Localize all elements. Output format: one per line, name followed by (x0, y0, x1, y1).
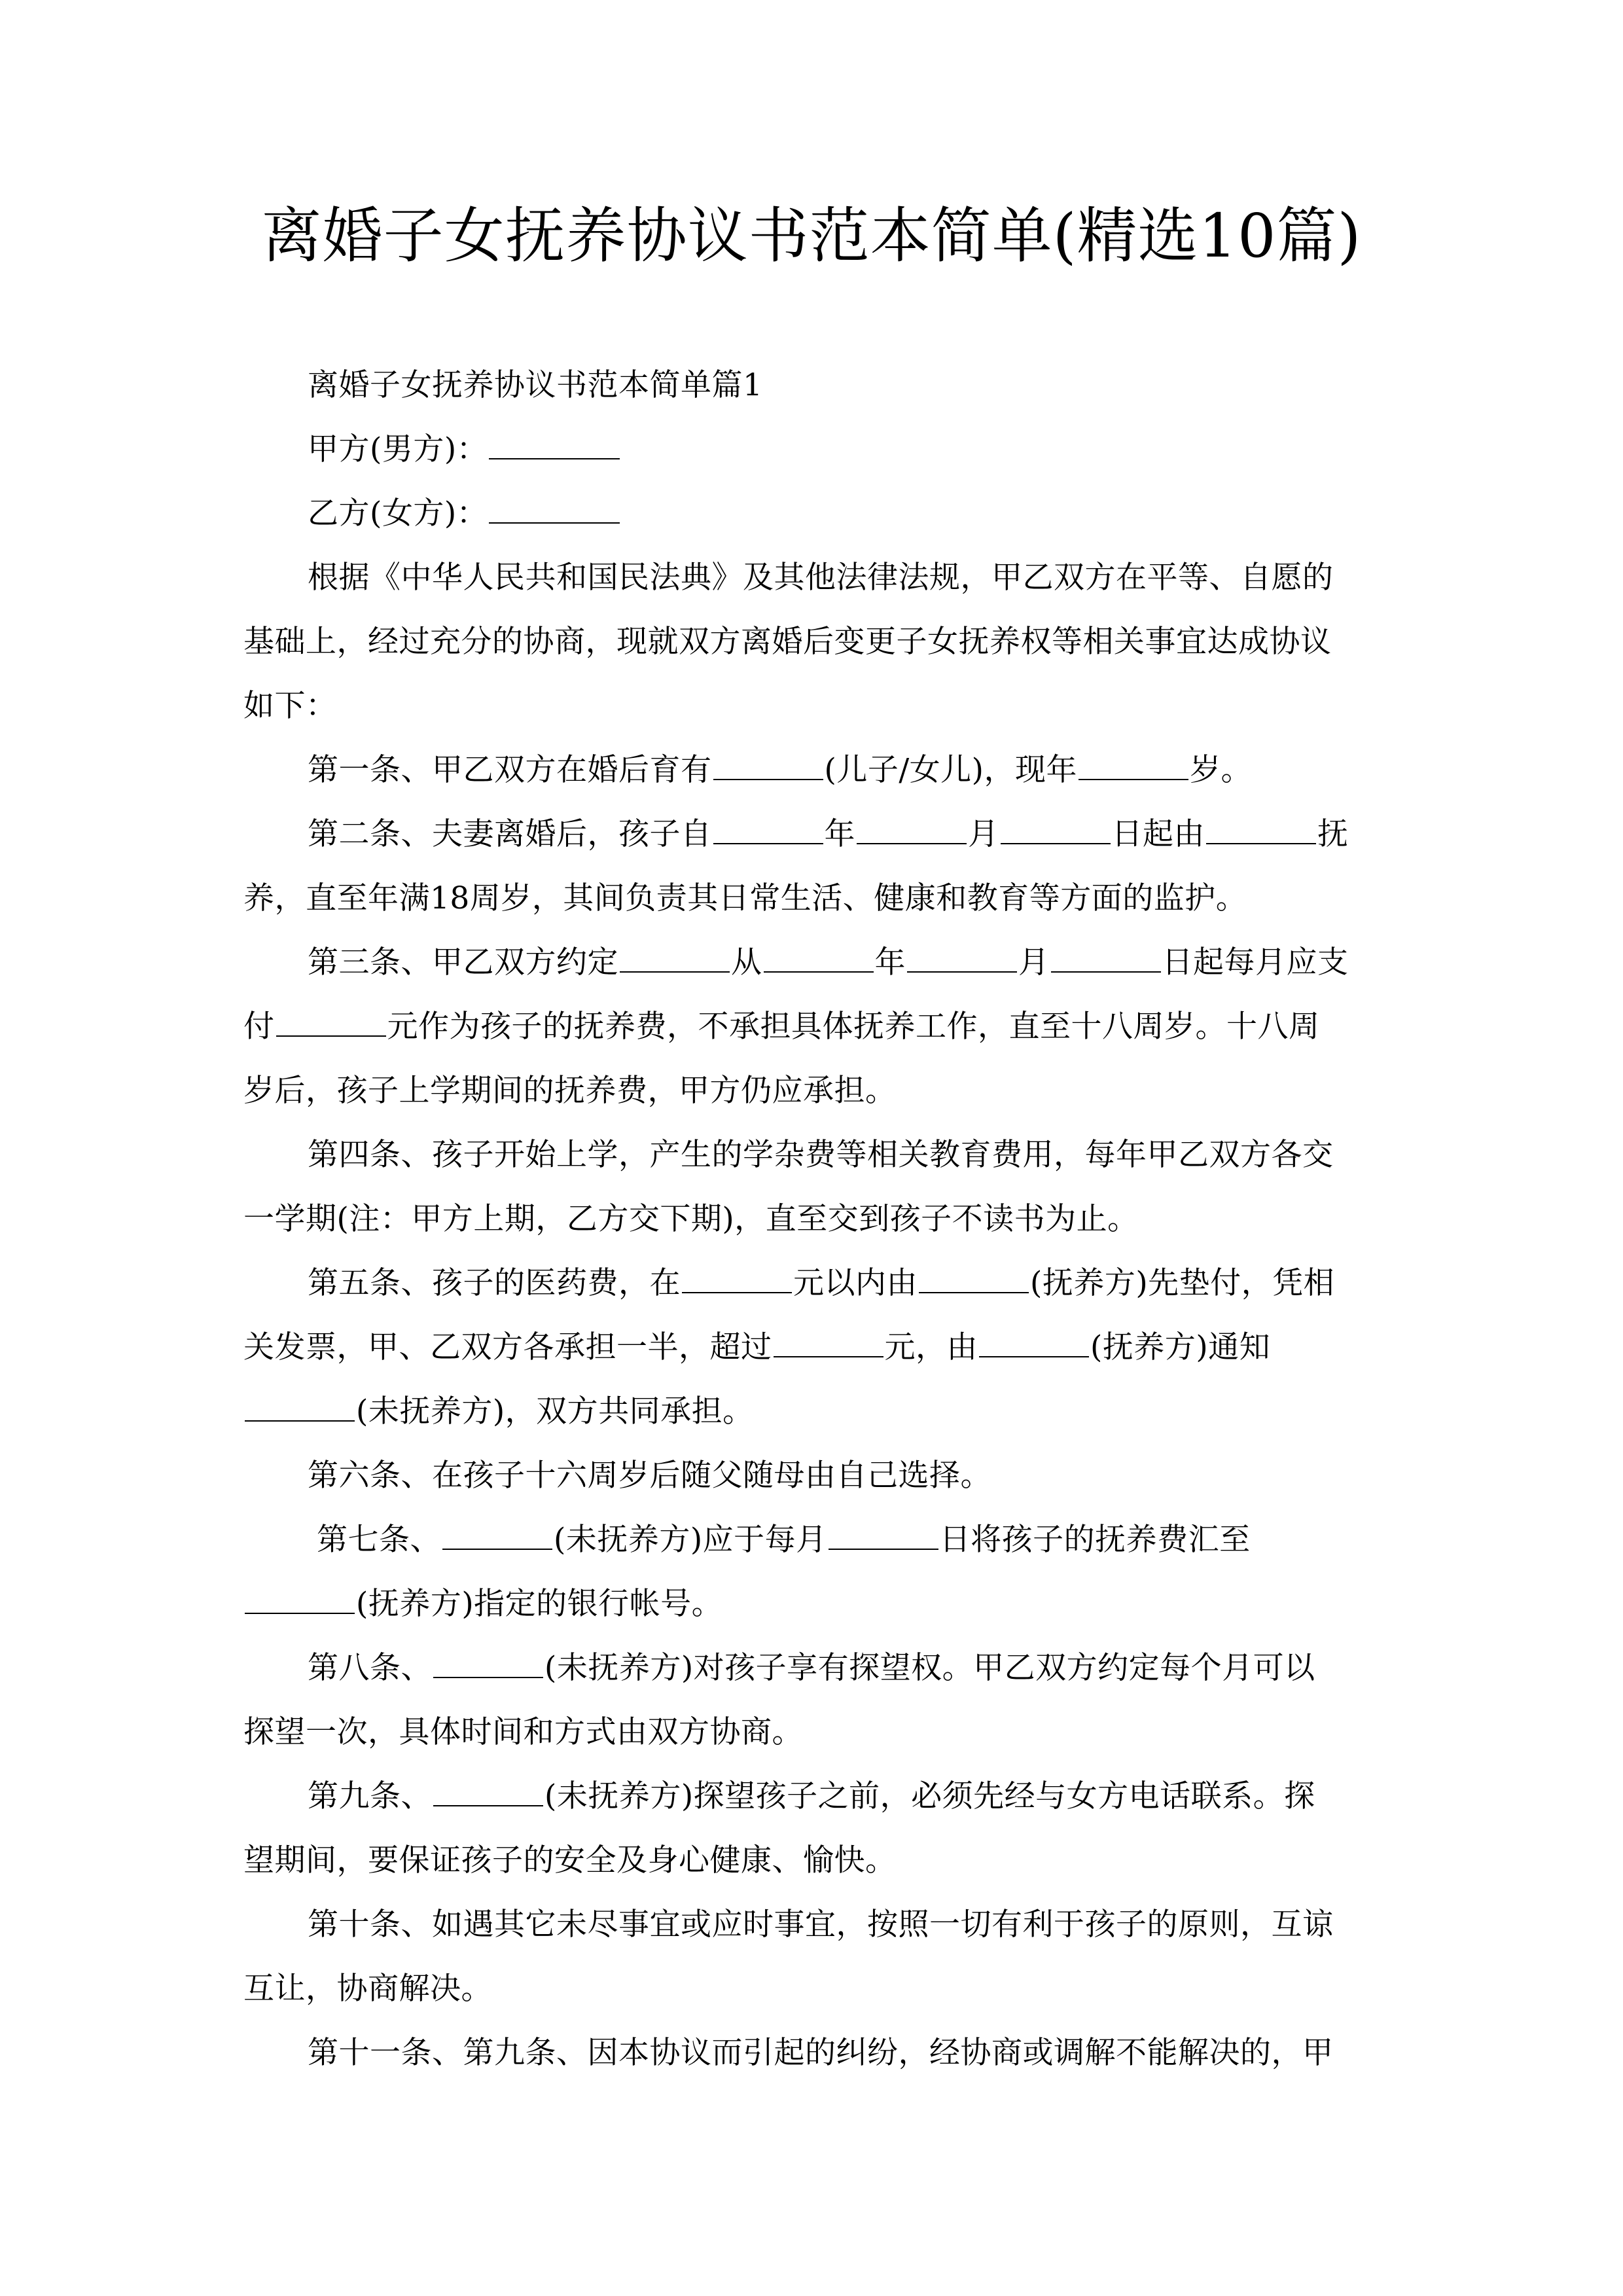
article-7-text: 第七条、 (317, 1522, 441, 1558)
article-6: 第六条、在孩子十六周岁后随父随母由自己选择。 (243, 1444, 1390, 1508)
article-1-text: (儿子/女儿)，现年 (825, 752, 1078, 788)
blank (433, 1780, 543, 1806)
article-10-line-2: 互让，协商解决。 (243, 1957, 1390, 2021)
article-2-text: 抚 (1317, 816, 1349, 852)
article-4-line-2: 一学期(注：甲方上期，乙方交下期)，直至交到孩子不读书为止。 (243, 1187, 1390, 1251)
intro-line-1: 根据《中华人民共和国民法典》及其他法律法规，甲乙双方在平等、自愿的 (243, 546, 1390, 610)
article-4: 第四条、孩子开始上学，产生的学杂费等相关教育费用，每年甲乙双方各交 (243, 1123, 1390, 1187)
article-2-text: 日起由 (1112, 816, 1205, 852)
article-9: 第九条、(未抚养方)探望孩子之前，必须先经与女方电话联系。探 (243, 1765, 1390, 1829)
party-a-line: 甲方(男方)： (243, 418, 1390, 482)
blank (764, 946, 874, 973)
party-a-label: 甲方(男方)： (308, 431, 488, 467)
document-title: 离婚子女抚养协议书范本简单(精选10篇) (0, 194, 1623, 279)
party-b-label: 乙方(女方)： (308, 495, 488, 531)
article-2-line-2: 养，直至年满18周岁，其间负责其日常生活、健康和教育等方面的监护。 (243, 867, 1390, 931)
blank (245, 1395, 355, 1422)
blank (620, 946, 730, 973)
blank (1079, 754, 1188, 780)
article-9-text: 第九条、 (308, 1778, 432, 1814)
article-8-text: (未抚养方)对孩子享有探望权。甲乙双方约定每个月可以 (544, 1650, 1315, 1686)
blank (1051, 946, 1161, 973)
blank (433, 1652, 543, 1678)
blank (682, 1267, 792, 1293)
article-8-line-2: 探望一次，具体时间和方式由双方协商。 (243, 1700, 1390, 1765)
article-3-text: 日起每月应支 (1162, 944, 1349, 980)
article-5-line-2: 关发票，甲、乙双方各承担一半，超过元，由(抚养方)通知 (243, 1316, 1390, 1380)
blank (919, 1267, 1029, 1293)
blank (857, 818, 967, 844)
article-3-line-2: 付元作为孩子的抚养费，不承担具体抚养工作，直至十八周岁。十八周 (243, 995, 1390, 1059)
article-1: 第一条、甲乙双方在婚后育有(儿子/女儿)，现年岁。 (243, 738, 1390, 802)
article-9-text: (未抚养方)探望孩子之前，必须先经与女方电话联系。探 (544, 1778, 1315, 1814)
article-10: 第十条、如遇其它未尽事宜或应时事宜，按照一切有利于孩子的原则，互谅 (243, 1893, 1390, 1957)
blank (713, 818, 823, 844)
article-2-text: 年 (825, 816, 856, 852)
blank (979, 1331, 1089, 1357)
article-2: 第二条、夫妻离婚后，孩子自年月日起由抚 (243, 802, 1390, 867)
article-8-text: 第八条、 (308, 1650, 432, 1686)
blank (774, 1331, 883, 1357)
blank (276, 1011, 386, 1037)
article-2-text: 第二条、夫妻离婚后，孩子自 (308, 816, 712, 852)
document-body: 离婚子女抚养协议书范本简单篇1 甲方(男方)： 乙方(女方)： 根据《中华人民共… (243, 353, 1390, 2085)
article-5-text: 元，由 (885, 1329, 978, 1365)
article-3-line-3: 岁后，孩子上学期间的抚养费，甲方仍应承担。 (243, 1059, 1390, 1123)
blank (1001, 818, 1111, 844)
article-5-text: (抚养方)通知 (1090, 1329, 1270, 1365)
article-3-text: 付 (243, 1009, 275, 1045)
article-1-text: 岁。 (1190, 752, 1252, 788)
article-7: 第七条、(未抚养方)应于每月日将孩子的抚养费汇至 (243, 1508, 1390, 1572)
article-5-line-3: (未抚养方)，双方共同承担。 (243, 1380, 1390, 1444)
article-3-text: 从 (731, 944, 762, 980)
article-3: 第三条、甲乙双方约定从年月日起每月应支 (243, 931, 1390, 995)
article-2-text: 月 (968, 816, 999, 852)
blank (907, 946, 1017, 973)
article-5-text: 关发票，甲、乙双方各承担一半，超过 (243, 1329, 772, 1365)
article-3-text: 元作为孩子的抚养费，不承担具体抚养工作，直至十八周岁。十八周 (387, 1009, 1320, 1045)
blank (245, 1588, 355, 1614)
article-5-text: (未抚养方)，双方共同承担。 (356, 1393, 754, 1429)
section-heading: 离婚子女抚养协议书范本简单篇1 (243, 353, 1390, 418)
document-page: 离婚子女抚养协议书范本简单(精选10篇) 离婚子女抚养协议书范本简单篇1 甲方(… (0, 0, 1623, 2296)
blank (713, 754, 823, 780)
intro-line-3: 如下： (243, 674, 1390, 738)
article-9-line-2: 望期间，要保证孩子的安全及身心健康、愉快。 (243, 1829, 1390, 1893)
article-7-text: (未抚养方)应于每月 (554, 1522, 827, 1558)
article-8: 第八条、(未抚养方)对孩子享有探望权。甲乙双方约定每个月可以 (243, 1636, 1390, 1700)
article-7-line-2: (抚养方)指定的银行帐号。 (243, 1572, 1390, 1636)
blank (442, 1524, 552, 1550)
article-3-text: 第三条、甲乙双方约定 (308, 944, 618, 980)
blank (1206, 818, 1316, 844)
article-3-text: 月 (1018, 944, 1050, 980)
article-7-text: 日将孩子的抚养费汇至 (940, 1522, 1251, 1558)
article-5-text: 第五条、孩子的医药费，在 (308, 1265, 681, 1301)
article-5-text: 元以内由 (793, 1265, 918, 1301)
article-3-text: 年 (875, 944, 906, 980)
article-5-text: (抚养方)先垫付，凭相 (1030, 1265, 1334, 1301)
blank (829, 1524, 938, 1550)
party-b-blank (489, 497, 620, 524)
article-7-text: (抚养方)指定的银行帐号。 (356, 1586, 722, 1622)
intro-line-2: 基础上，经过充分的协商，现就双方离婚后变更子女抚养权等相关事宜达成协议 (243, 610, 1390, 674)
article-1-text: 第一条、甲乙双方在婚后育有 (308, 752, 712, 788)
party-a-blank (489, 433, 620, 459)
article-11: 第十一条、第九条、因本协议而引起的纠纷，经协商或调解不能解决的，甲 (243, 2021, 1390, 2085)
article-5: 第五条、孩子的医药费，在元以内由(抚养方)先垫付，凭相 (243, 1251, 1390, 1316)
party-b-line: 乙方(女方)： (243, 482, 1390, 546)
